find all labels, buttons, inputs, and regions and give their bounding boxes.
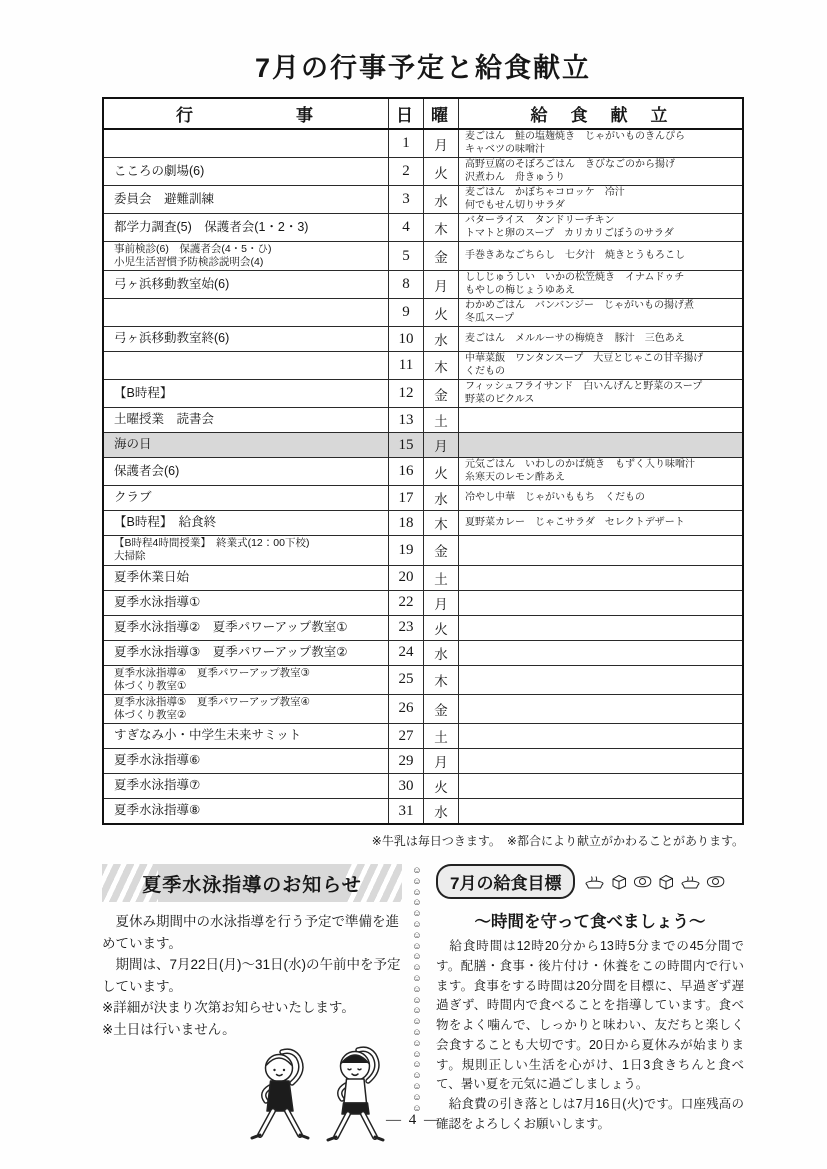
event-cell: 夏季水泳指導① xyxy=(104,591,388,615)
event-cell: 夏季水泳指導⑤ 夏季パワーアップ教室④ 体づくり教室② xyxy=(104,695,388,723)
event-cell: 【B時程】 xyxy=(104,380,388,407)
day-cell: 25 xyxy=(388,666,423,694)
lunch-goal-section: 7月の給食目標 ～時間を守って食べましょう～ 給食時間は12時20分から13時5… xyxy=(432,864,744,1147)
weekday-cell: 木 xyxy=(423,214,458,241)
weekday-cell: 水 xyxy=(423,641,458,665)
menu-cell xyxy=(458,749,742,773)
event-cell: 夏季水泳指導④ 夏季パワーアップ教室③ 体づくり教室① xyxy=(104,666,388,694)
table-row: 夏季水泳指導⑧ 31 水 xyxy=(104,799,742,823)
menu-cell: 麦ごはん かぼちゃコロッケ 冷汁 何でもせん切りサラダ xyxy=(458,186,742,213)
day-cell: 17 xyxy=(388,486,423,510)
table-row: 都学力調査(5) 保護者会(1・2・3) 4 木 バターライス タンドリーチキン… xyxy=(104,214,742,242)
swim-notice-paragraph: ※土日は行いません。 xyxy=(102,1019,402,1041)
swim-notice: 夏季水泳指導のお知らせ 夏休み期間中の水泳指導を行う予定で準備を進めています。 … xyxy=(102,864,402,1147)
table-row: 夏季水泳指導⑤ 夏季パワーアップ教室④ 体づくり教室② 26 金 xyxy=(104,695,742,724)
menu-cell: ししじゅうしい いかの松笠焼き イナムドゥチ もやしの梅じょうゆあえ xyxy=(458,271,742,298)
table-row: 11 木 中華菜飯 ワンタンスープ 大豆とじゃこの甘辛揚げ くだもの xyxy=(104,352,742,380)
weekday-cell: 金 xyxy=(423,536,458,564)
weekday-cell: 月 xyxy=(423,130,458,157)
weekday-cell: 火 xyxy=(423,158,458,185)
weekday-cell: 土 xyxy=(423,408,458,432)
table-row: クラブ 17 水 冷やし中華 じゃがいももち くだもの xyxy=(104,486,742,511)
weekday-cell: 木 xyxy=(423,666,458,694)
menu-cell: バターライス タンドリーチキン トマトと卵のスープ カリカリごぼうのサラダ xyxy=(458,214,742,241)
col-header-day: 日 xyxy=(388,99,423,128)
swim-notice-paragraph: 期間は、7月22日(月)～31日(水)の午前中を予定しています。 xyxy=(102,954,402,997)
menu-cell xyxy=(458,408,742,432)
event-cell xyxy=(104,352,388,379)
event-cell: 弓ヶ浜移動教室終(6) xyxy=(104,327,388,351)
table-row: 委員会 避難訓練 3 水 麦ごはん かぼちゃコロッケ 冷汁 何でもせん切りサラダ xyxy=(104,186,742,214)
day-cell: 19 xyxy=(388,536,423,564)
event-cell xyxy=(104,130,388,157)
menu-cell: 冷やし中華 じゃがいももち くだもの xyxy=(458,486,742,510)
table-header-row: 行 事 日 曜 給 食 献 立 xyxy=(104,99,742,130)
table-row: 土曜授業 読書会 13 土 xyxy=(104,408,742,433)
day-cell: 9 xyxy=(388,299,423,326)
table-row: 弓ヶ浜移動教室終(6) 10 水 麦ごはん メルルーサの梅焼き 豚汁 三色あえ xyxy=(104,327,742,352)
table-row: 9 火 わかめごはん バンバンジー じゃがいもの揚げ煮 冬瓜スープ xyxy=(104,299,742,327)
table-row: 夏季水泳指導② 夏季パワーアップ教室① 23 火 xyxy=(104,616,742,641)
lunch-goal-title: 7月の給食目標 xyxy=(436,864,575,899)
steaming-dish-icon xyxy=(583,873,606,890)
table-row: 【B時程】 給食終 18 木 夏野菜カレー じゃこサラダ セレクトデザート xyxy=(104,511,742,536)
table-row: 夏季水泳指導④ 夏季パワーアップ教室③ 体づくり教室① 25 木 xyxy=(104,666,742,695)
menu-cell xyxy=(458,591,742,615)
milk-footnote: ※牛乳は毎日つきます。 ※都合により献立がかわることがあります。 xyxy=(102,832,744,849)
table-row: 【B時程】 12 金 フィッシュフライサンド 白いんげんと野菜のスープ 野菜のピ… xyxy=(104,380,742,408)
day-cell: 11 xyxy=(388,352,423,379)
menu-cell xyxy=(458,616,742,640)
day-cell: 1 xyxy=(388,130,423,157)
weekday-cell: 火 xyxy=(423,616,458,640)
menu-cell: 麦ごはん 鮭の塩麹焼き じゃがいものきんぴら キャベツの味噌汁 xyxy=(458,130,742,157)
event-cell: 夏季水泳指導⑥ xyxy=(104,749,388,773)
day-cell: 26 xyxy=(388,695,423,723)
menu-cell xyxy=(458,666,742,694)
bottom-section: 夏季水泳指導のお知らせ 夏休み期間中の水泳指導を行う予定で準備を進めています。 … xyxy=(102,864,744,1147)
event-cell: クラブ xyxy=(104,486,388,510)
table-row: すぎなみ小・中学生未来サミット 27 土 xyxy=(104,724,742,749)
table-row: こころの劇場(6) 2 火 高野豆腐のそぼろごはん きびなごのから揚げ 沢煮わん… xyxy=(104,158,742,186)
swim-notice-paragraph: 夏休み期間中の水泳指導を行う予定で準備を進めています。 xyxy=(102,911,402,954)
weekday-cell: 火 xyxy=(423,458,458,485)
menu-cell xyxy=(458,695,742,723)
weekday-cell: 月 xyxy=(423,591,458,615)
weekday-cell: 月 xyxy=(423,271,458,298)
menu-cell: 手巻きあなごちらし 七夕汁 焼きとうもろこし xyxy=(458,242,742,270)
event-cell: こころの劇場(6) xyxy=(104,158,388,185)
table-body: 1 月 麦ごはん 鮭の塩麹焼き じゃがいものきんぴら キャベツの味噌汁 こころの… xyxy=(104,130,742,823)
day-cell: 20 xyxy=(388,566,423,590)
event-cell: すぎなみ小・中学生未来サミット xyxy=(104,724,388,748)
table-row: 保護者会(6) 16 火 元気ごはん いわしのかば焼き もずく入り味噌汁 糸寒天… xyxy=(104,458,742,486)
menu-cell: 麦ごはん メルルーサの梅焼き 豚汁 三色あえ xyxy=(458,327,742,351)
event-cell: 事前検診(6) 保護者会(4・5・ひ) 小児生活習慣予防検診説明会(4) xyxy=(104,242,388,270)
weekday-cell: 金 xyxy=(423,242,458,270)
table-row: 海の日 15 月 xyxy=(104,433,742,458)
fried-egg-icon xyxy=(632,874,653,889)
menu-cell xyxy=(458,724,742,748)
content-area: 7月の行事予定と給食献立 行 事 日 曜 給 食 献 立 1 月 麦ごはん 鮭の… xyxy=(102,46,744,1147)
day-cell: 4 xyxy=(388,214,423,241)
menu-cell: フィッシュフライサンド 白いんげんと野菜のスープ 野菜のピクルス xyxy=(458,380,742,407)
table-row: 【B時程4時間授業】 終業式(12：00下校) 大掃除 19 金 xyxy=(104,536,742,565)
menu-cell: 高野豆腐のそぼろごはん きびなごのから揚げ 沢煮わん 舟きゅうり xyxy=(458,158,742,185)
event-cell: 【B時程】 給食終 xyxy=(104,511,388,535)
day-cell: 29 xyxy=(388,749,423,773)
weekday-cell: 水 xyxy=(423,186,458,213)
swim-notice-title-band: 夏季水泳指導のお知らせ xyxy=(102,864,402,902)
event-cell: 都学力調査(5) 保護者会(1・2・3) xyxy=(104,214,388,241)
table-row: 夏季水泳指導③ 夏季パワーアップ教室② 24 水 xyxy=(104,641,742,666)
table-row: 夏季水泳指導① 22 月 xyxy=(104,591,742,616)
menu-cell xyxy=(458,536,742,564)
event-cell: 夏季休業日始 xyxy=(104,566,388,590)
event-cell: 夏季水泳指導⑦ xyxy=(104,774,388,798)
lunch-goal-header: 7月の給食目標 xyxy=(436,864,744,899)
weekday-cell: 木 xyxy=(423,511,458,535)
swim-notice-paragraph: ※詳細が決まり次第お知らせいたします。 xyxy=(102,997,402,1019)
lunch-goal-subtitle: ～時間を守って食べましょう～ xyxy=(436,908,744,932)
day-cell: 10 xyxy=(388,327,423,351)
day-cell: 5 xyxy=(388,242,423,270)
schedule-table: 行 事 日 曜 給 食 献 立 1 月 麦ごはん 鮭の塩麹焼き じゃがいものきん… xyxy=(102,97,744,825)
day-cell: 15 xyxy=(388,433,423,457)
event-cell: 海の日 xyxy=(104,433,388,457)
weekday-cell: 月 xyxy=(423,433,458,457)
col-header-menu: 給 食 献 立 xyxy=(458,99,742,128)
table-row: 1 月 麦ごはん 鮭の塩麹焼き じゃがいものきんぴら キャベツの味噌汁 xyxy=(104,130,742,158)
event-cell: 土曜授業 読書会 xyxy=(104,408,388,432)
event-cell: 夏季水泳指導③ 夏季パワーアップ教室② xyxy=(104,641,388,665)
menu-cell xyxy=(458,433,742,457)
weekday-cell: 水 xyxy=(423,327,458,351)
menu-cell xyxy=(458,799,742,823)
swim-notice-title: 夏季水泳指導のお知らせ xyxy=(142,870,361,897)
weekday-cell: 金 xyxy=(423,380,458,407)
milk-carton-icon xyxy=(656,873,676,890)
page-title: 7月の行事予定と給食献立 xyxy=(102,46,744,85)
food-icons-row xyxy=(583,873,726,890)
table-row: 夏季水泳指導⑥ 29 月 xyxy=(104,749,742,774)
day-cell: 31 xyxy=(388,799,423,823)
newsletter-page: 7月の行事予定と給食献立 行 事 日 曜 給 食 献 立 1 月 麦ごはん 鮭の… xyxy=(0,0,827,1169)
day-cell: 22 xyxy=(388,591,423,615)
day-cell: 24 xyxy=(388,641,423,665)
weekday-cell: 木 xyxy=(423,352,458,379)
day-cell: 27 xyxy=(388,724,423,748)
menu-cell: 中華菜飯 ワンタンスープ 大豆とじゃこの甘辛揚げ くだもの xyxy=(458,352,742,379)
fried-egg-icon xyxy=(705,874,726,889)
day-cell: 3 xyxy=(388,186,423,213)
weekday-cell: 水 xyxy=(423,799,458,823)
day-cell: 16 xyxy=(388,458,423,485)
menu-cell xyxy=(458,641,742,665)
weekday-cell: 土 xyxy=(423,566,458,590)
weekday-cell: 金 xyxy=(423,695,458,723)
day-cell: 23 xyxy=(388,616,423,640)
table-row: 弓ヶ浜移動教室始(6) 8 月 ししじゅうしい いかの松笠焼き イナムドゥチ も… xyxy=(104,271,742,299)
smiley-divider-ornament: ☺ ☺ ☺ ☺ ☺ ☺ ☺ ☺ ☺ ☺ ☺ ☺ ☺ ☺ ☺ ☺ ☺ ☺ ☺ ☺ … xyxy=(402,864,432,1147)
event-cell xyxy=(104,299,388,326)
day-cell: 13 xyxy=(388,408,423,432)
day-cell: 18 xyxy=(388,511,423,535)
steaming-dish-icon xyxy=(679,873,702,890)
col-header-weekday: 曜 xyxy=(423,99,458,128)
event-cell: 保護者会(6) xyxy=(104,458,388,485)
menu-cell xyxy=(458,566,742,590)
menu-cell: わかめごはん バンバンジー じゃがいもの揚げ煮 冬瓜スープ xyxy=(458,299,742,326)
table-row: 夏季休業日始 20 土 xyxy=(104,566,742,591)
day-cell: 8 xyxy=(388,271,423,298)
milk-carton-icon xyxy=(609,873,629,890)
weekday-cell: 火 xyxy=(423,774,458,798)
day-cell: 2 xyxy=(388,158,423,185)
day-cell: 30 xyxy=(388,774,423,798)
event-cell: 夏季水泳指導⑧ xyxy=(104,799,388,823)
lunch-goal-body: 給食時間は12時20分から13時5分までの45分間です。配膳・食事・後片付け・休… xyxy=(436,937,744,1135)
weekday-cell: 月 xyxy=(423,749,458,773)
menu-cell xyxy=(458,774,742,798)
event-cell: 委員会 避難訓練 xyxy=(104,186,388,213)
weekday-cell: 土 xyxy=(423,724,458,748)
event-cell: 【B時程4時間授業】 終業式(12：00下校) 大掃除 xyxy=(104,536,388,564)
page-number: ― 4 ― xyxy=(0,1112,827,1129)
swim-notice-body: 夏休み期間中の水泳指導を行う予定で準備を進めています。 期間は、7月22日(月)… xyxy=(102,911,402,1041)
menu-cell: 夏野菜カレー じゃこサラダ セレクトデザート xyxy=(458,511,742,535)
menu-cell: 元気ごはん いわしのかば焼き もずく入り味噌汁 糸寒天のレモン酢あえ xyxy=(458,458,742,485)
day-cell: 12 xyxy=(388,380,423,407)
lunch-goal-paragraph: 給食時間は12時20分から13時5分までの45分間です。配膳・食事・後片付け・休… xyxy=(436,937,744,1095)
table-row: 事前検診(6) 保護者会(4・5・ひ) 小児生活習慣予防検診説明会(4) 5 金… xyxy=(104,242,742,271)
col-header-event: 行 事 xyxy=(104,99,388,128)
weekday-cell: 水 xyxy=(423,486,458,510)
weekday-cell: 火 xyxy=(423,299,458,326)
event-cell: 弓ヶ浜移動教室始(6) xyxy=(104,271,388,298)
event-cell: 夏季水泳指導② 夏季パワーアップ教室① xyxy=(104,616,388,640)
table-row: 夏季水泳指導⑦ 30 火 xyxy=(104,774,742,799)
children-stretching-illustration xyxy=(234,1043,402,1147)
